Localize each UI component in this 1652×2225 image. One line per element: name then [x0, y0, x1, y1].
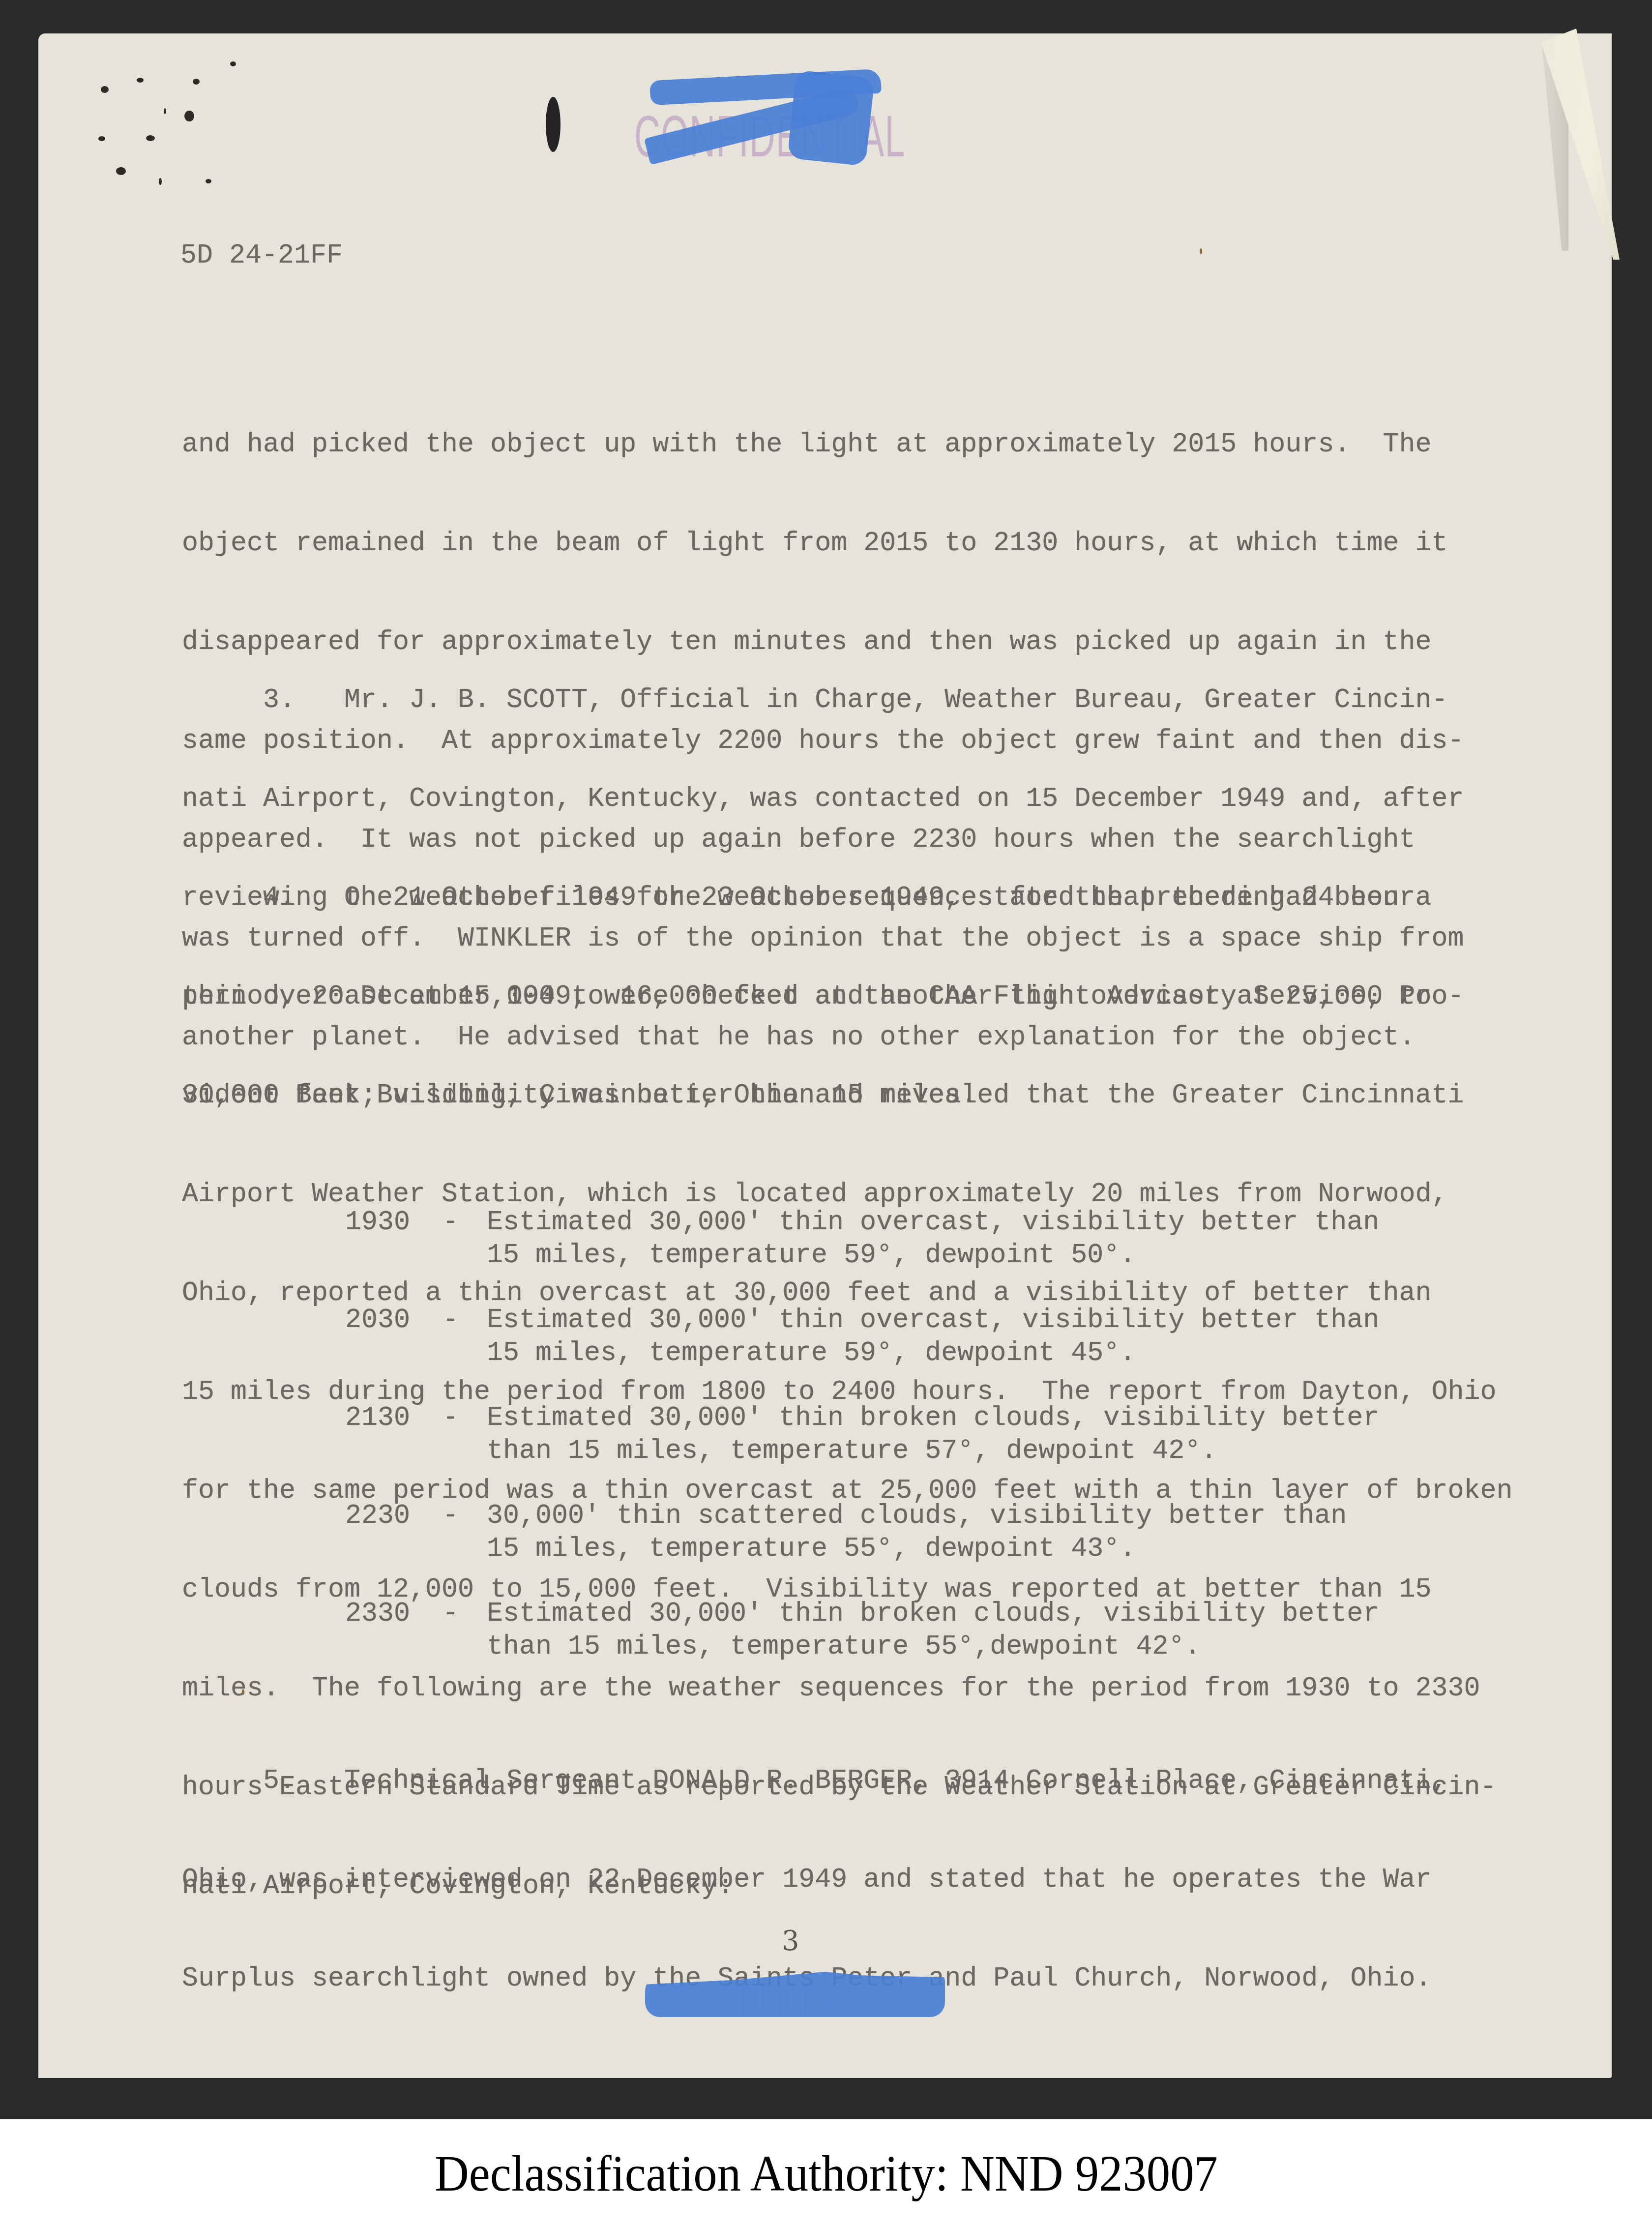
footer: Declassification Authority: NND 923007 — [0, 2119, 1652, 2225]
text-line: and had picked the object up with the li… — [182, 428, 1464, 461]
perforation-mark — [137, 78, 144, 83]
text-line: nati Airport, Covington, Kentucky, was c… — [182, 782, 1464, 815]
entry-line: than 15 miles, temperature 55°,dewpoint … — [487, 1630, 1201, 1663]
entry-dash: - — [442, 1304, 459, 1336]
entry-line: than 15 miles, temperature 57°, dewpoint… — [487, 1434, 1217, 1467]
entry-dash: - — [442, 1499, 459, 1532]
perforation-mark — [164, 108, 166, 114]
perforation-mark — [193, 79, 200, 85]
text-line: 5. Technical Sergeant DONALD R. BERGER, … — [182, 1764, 1447, 1797]
perforation-mark — [230, 61, 236, 66]
perforation-mark — [101, 86, 109, 93]
entry-line: Estimated 30,000' thin broken clouds, vi… — [487, 1401, 1379, 1434]
page-number: 3 — [782, 1925, 799, 1957]
punch-hole — [546, 97, 560, 152]
paper-speck — [1200, 248, 1202, 254]
perforation-mark — [146, 135, 155, 141]
entry-line: 15 miles, temperature 59°, dewpoint 50°. — [487, 1239, 1136, 1272]
entry-line: 15 miles, temperature 59°, dewpoint 45°. — [487, 1336, 1136, 1369]
file-reference: 5D 24-21FF — [180, 239, 343, 272]
perforation-mark — [184, 111, 194, 121]
entry-line: Estimated 30,000' thin overcast, visibil… — [487, 1206, 1379, 1239]
perforation-mark — [116, 167, 126, 175]
entry-time: 2130 — [345, 1401, 410, 1434]
entry-time: 2230 — [345, 1499, 410, 1532]
entry-line: Estimated 30,000' thin broken clouds, vi… — [487, 1597, 1379, 1630]
text-line: 4. On 21 October 1949 the weather sequen… — [182, 881, 1512, 914]
entry-dash: - — [442, 1206, 459, 1239]
text-line: vident Bank Building, Cincinnati, Ohio a… — [182, 1079, 1512, 1112]
text-line: period, 20 December 1949, were checked a… — [182, 980, 1512, 1013]
entry-time: 2330 — [345, 1597, 410, 1630]
entry-line: Estimated 30,000' thin overcast, visibil… — [487, 1304, 1379, 1336]
text-line: 3. Mr. J. B. SCOTT, Official in Charge, … — [182, 683, 1464, 716]
perforation-mark — [98, 136, 105, 141]
paper-speck — [242, 1689, 244, 1695]
entry-line: 30,000' thin scattered clouds, visibilit… — [487, 1499, 1347, 1532]
perforation-mark — [206, 179, 211, 183]
entry-dash: - — [442, 1401, 459, 1434]
entry-line: 15 miles, temperature 55°, dewpoint 43°. — [487, 1532, 1136, 1565]
declassification-authority: Declassification Authority: NND 923007 — [435, 2144, 1218, 2203]
entry-time: 2030 — [345, 1304, 410, 1336]
entry-dash: - — [442, 1597, 459, 1630]
perforation-mark — [159, 178, 162, 185]
text-line: object remained in the beam of light fro… — [182, 527, 1464, 560]
text-line: Ohio, was interviewed on 22 December 194… — [182, 1863, 1447, 1896]
entry-time: 1930 — [345, 1206, 410, 1239]
